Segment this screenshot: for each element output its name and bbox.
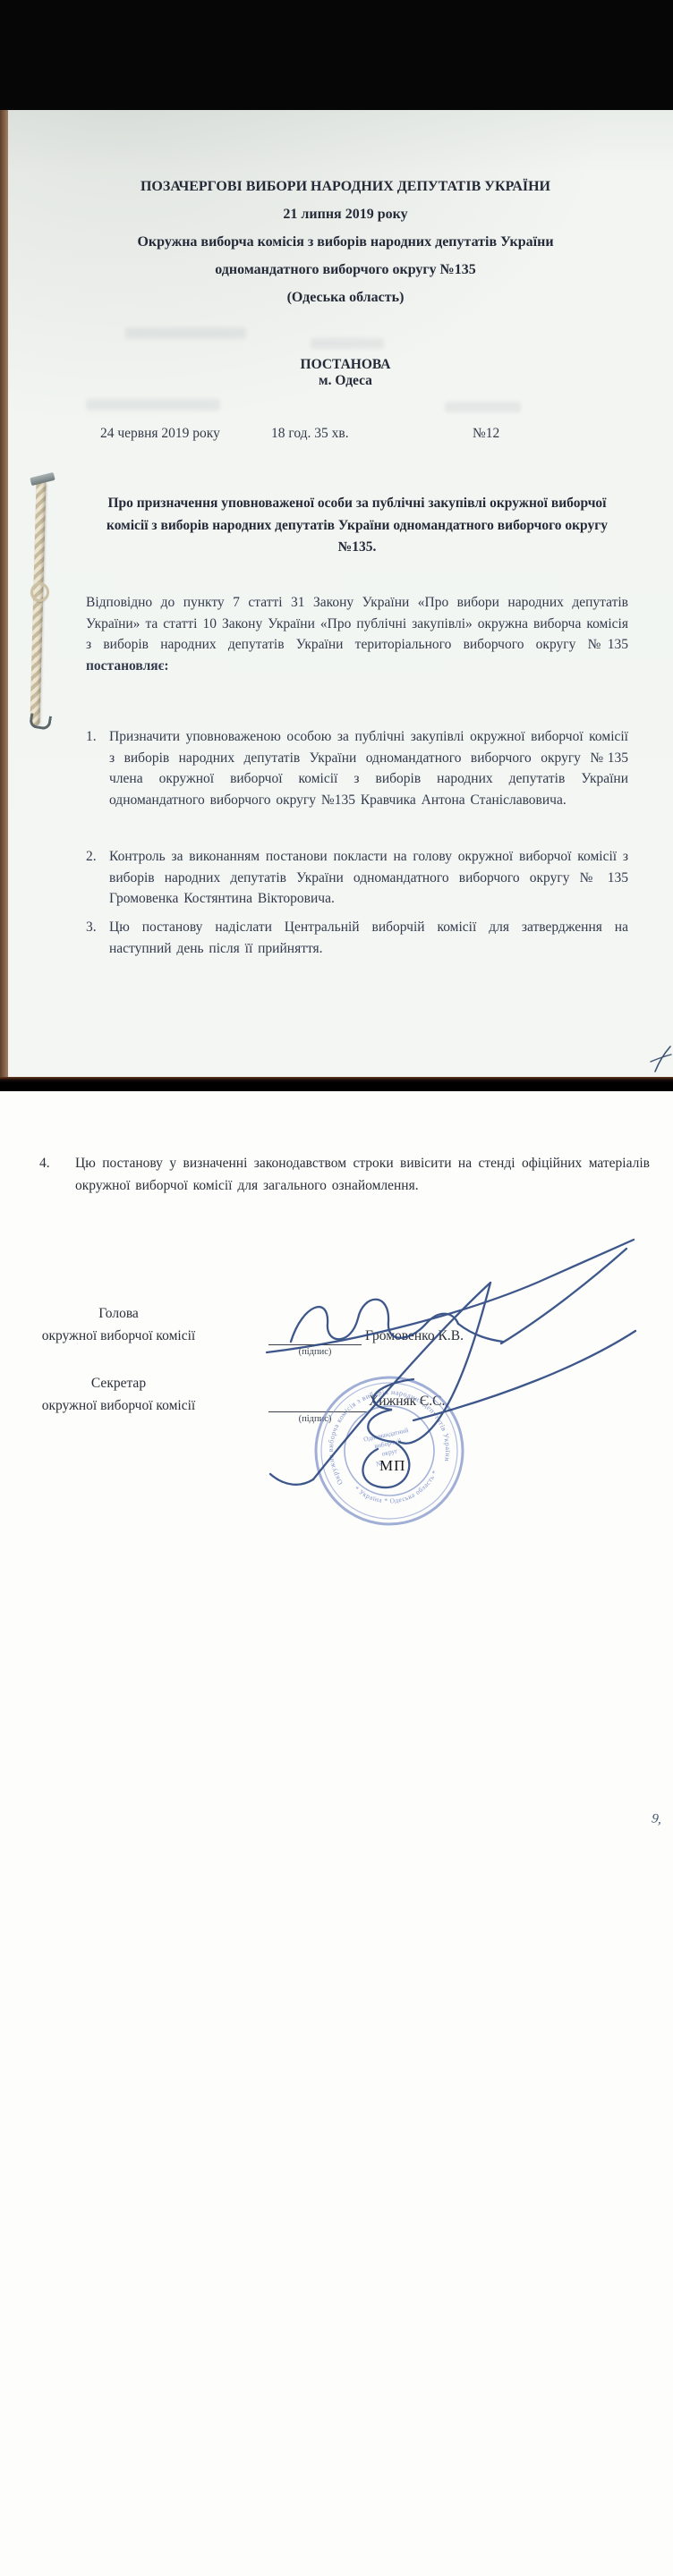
list-item-1-number: 1. (86, 726, 97, 748)
resolution-title-block: ПОСТАНОВА м. Одеса (70, 357, 621, 389)
chairman-role-line1: Голова (40, 1302, 197, 1325)
header-line-4: одномандатного виборчого округу №135 (70, 256, 621, 284)
pen-mark-page2: 9, (651, 1811, 663, 1827)
chairman-signature-caption: (підпис) (266, 1347, 364, 1357)
list-item-4: 4. Цю постанову у визначенні законодавст… (39, 1152, 650, 1197)
list-item-4-text: Цю постанову у визначенні законодавством… (75, 1152, 650, 1197)
page-separator-band (0, 1077, 673, 1091)
header-line-2: 21 липня 2019 року (70, 200, 621, 228)
chairman-signature-line (268, 1344, 362, 1345)
round-stamp: Окружна виборча комісія з виборів народн… (288, 1350, 490, 1551)
list-item-4-number: 4. (39, 1152, 50, 1174)
left-spine-edge (0, 110, 8, 1091)
bleedthrough-ghost (125, 327, 246, 339)
resolution-time: 18 год. 35 хв. (271, 426, 349, 442)
secretary-role-label: Секретар окружної виборчої комісії (40, 1372, 197, 1417)
preamble-resolves-word: постановляє: (86, 658, 169, 674)
scanned-document: ПОЗАЧЕРГОВІ ВИБОРИ НАРОДНИХ ДЕПУТАТІВ УК… (0, 0, 673, 2576)
list-item-2-text: Контроль за виконанням постанови покласт… (109, 846, 628, 910)
resolution-subject: Про призначення уповноваженої особи за п… (86, 493, 628, 559)
bleedthrough-ghost (445, 402, 521, 412)
preamble-paragraph: Відповідно до пункту 7 статті 31 Закону … (86, 592, 628, 676)
chairman-role-line2: окружної виборчої комісії (40, 1325, 197, 1347)
seal-place-mark: МП (379, 1457, 405, 1475)
scanner-black-band (0, 0, 673, 110)
header-line-3: Окружна виборча комісія з виборів народн… (70, 228, 621, 256)
bleedthrough-ghost (86, 399, 220, 411)
list-item-1: 1. Призначити уповноваженою особою за пу… (86, 726, 628, 810)
pen-mark-page1 (648, 1045, 673, 1073)
header-block: ПОЗАЧЕРГОВІ ВИБОРИ НАРОДНИХ ДЕПУТАТІВ УК… (70, 173, 621, 311)
resolution-number: №12 (473, 426, 499, 442)
resolution-title: ПОСТАНОВА (70, 357, 621, 373)
list-item-2: 2. Контроль за виконанням постанови покл… (86, 846, 628, 910)
list-item-3: 3. Цю постанову надіслати Центральній ви… (86, 917, 628, 959)
resolution-city: м. Одеса (70, 373, 621, 389)
preamble-text: Відповідно до пункту 7 статті 31 Закону … (86, 595, 628, 652)
header-line-1: ПОЗАЧЕРГОВІ ВИБОРИ НАРОДНИХ ДЕПУТАТІВ УК… (70, 173, 621, 200)
list-item-1-text: Призначити уповноваженою особою за публі… (109, 726, 628, 810)
secretary-role-line1: Секретар (40, 1372, 197, 1394)
header-line-5: (Одеська область) (70, 284, 621, 311)
chairman-role-label: Голова окружної виборчої комісії (40, 1302, 197, 1347)
list-item-2-number: 2. (86, 846, 97, 868)
thread-knot (30, 582, 49, 602)
bleedthrough-ghost (311, 338, 384, 349)
secretary-role-line2: окружної виборчої комісії (40, 1394, 197, 1417)
chairman-name: Громовенко К.В. (365, 1328, 464, 1344)
resolution-date: 24 червня 2019 року (100, 426, 220, 442)
list-item-3-number: 3. (86, 917, 97, 938)
list-item-3-text: Цю постанову надіслати Центральній вибор… (109, 917, 628, 959)
